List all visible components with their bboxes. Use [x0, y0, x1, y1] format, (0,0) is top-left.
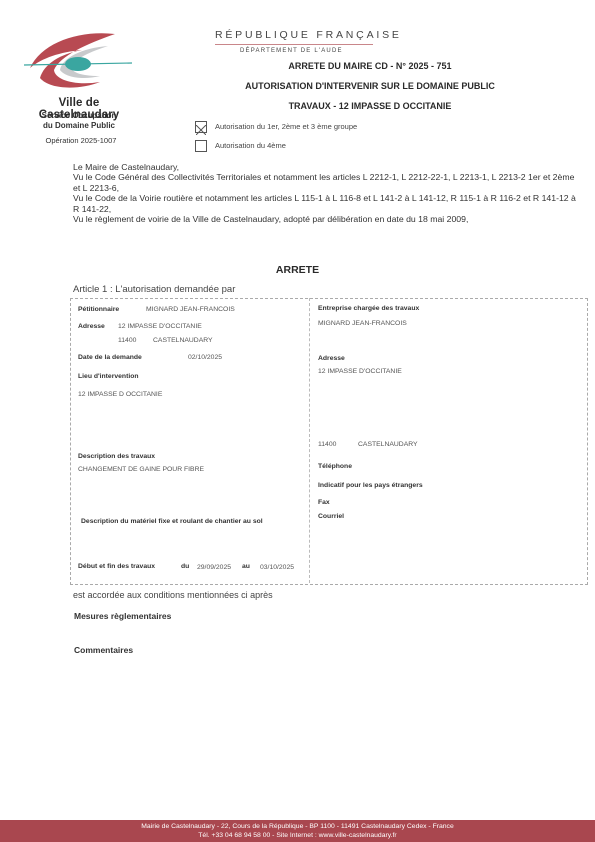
lieu-value: 12 IMPASSE D OCCITANIE [78, 391, 162, 398]
adresse-value-1: 12 IMPASSE D'OCCITANIE [118, 323, 202, 330]
checkbox-label-group-4: Autorisation du 4ème [215, 141, 286, 150]
commentaires-heading: Commentaires [74, 645, 133, 655]
entreprise-ville: CASTELNAUDARY [358, 441, 418, 448]
city-logo [20, 28, 135, 93]
footer-contact: Tél. +33 04 68 94 58 00 - Site Internet … [0, 832, 595, 839]
article-1: Article 1 : L'autorisation demandée par [73, 284, 235, 295]
checkbox-groups-1-3[interactable] [195, 121, 207, 133]
works-title: TRAVAUX - 12 IMPASSE D OCCITANIE [180, 101, 560, 111]
entreprise-value: MIGNARD JEAN-FRANCOIS [318, 320, 407, 327]
departement: DÉPARTEMENT DE L'AUDE [240, 48, 343, 54]
checkbox-group-4[interactable] [195, 140, 207, 152]
header-divider [215, 44, 373, 45]
preamble-line: Le Maire de Castelnaudary, [73, 162, 583, 172]
petitionnaire-label: Pétitionnaire [78, 306, 119, 313]
du-label: du [181, 563, 189, 570]
fax-label: Fax [318, 499, 330, 506]
service-line-2: du Domaine Public [20, 121, 138, 130]
entreprise-adresse-value: 12 IMPASSE D'OCCITANIE [318, 368, 402, 375]
decree-title: ARRETE DU MAIRE CD - N° 2025 - 751 [180, 61, 560, 71]
description-value: CHANGEMENT DE GAINE POUR FIBRE [78, 466, 204, 473]
republique-francaise: RÉPUBLIQUE FRANÇAISE [215, 29, 402, 41]
date-debut: 29/09/2025 [197, 564, 231, 571]
preamble: Le Maire de Castelnaudary, Vu le Code Gé… [73, 162, 583, 224]
entreprise-cp: 11400 [318, 441, 336, 448]
decree-subtitle: AUTORISATION D'INTERVENIR SUR LE DOMAINE… [180, 81, 560, 91]
telephone-label: Téléphone [318, 463, 352, 470]
preamble-line: Vu le Code de la Voirie routière et nota… [73, 193, 583, 214]
entreprise-adresse-label: Adresse [318, 355, 345, 362]
checkbox-label-groups-1-3: Autorisation du 1er, 2ème et 3 ème group… [215, 122, 357, 131]
periode-label: Début et fin des travaux [78, 563, 155, 570]
preamble-line: Vu le règlement de voirie de la Ville de… [73, 214, 583, 224]
date-demande-value: 02/10/2025 [188, 354, 222, 361]
entreprise-label: Entreprise chargée des travaux [318, 305, 419, 312]
petitionnaire-value: MIGNARD JEAN-FRANCOIS [146, 306, 235, 313]
adresse-cp: 11400 [118, 337, 136, 344]
operation-number: Opération 2025-1007 [22, 136, 140, 145]
au-label: au [242, 563, 250, 570]
adresse-ville: CASTELNAUDARY [153, 337, 213, 344]
conditions-text: est accordée aux conditions mentionnées … [73, 590, 273, 600]
lieu-label: Lieu d'intervention [78, 373, 139, 380]
indicatif-label: Indicatif pour les pays étrangers [318, 482, 423, 489]
adresse-label: Adresse [78, 323, 105, 330]
materiel-label: Description du matériel fixe et roulant … [81, 518, 263, 525]
footer-band: Mairie de Castelnaudary - 22, Cours de l… [0, 820, 595, 842]
mesures-heading: Mesures règlementaires [74, 611, 171, 621]
description-label: Description des travaux [78, 453, 155, 460]
footer-address: Mairie de Castelnaudary - 22, Cours de l… [0, 823, 595, 830]
date-demande-label: Date de la demande [78, 354, 142, 361]
preamble-line: Vu le Code Général des Collectivités Ter… [73, 172, 583, 193]
check-x-icon [196, 125, 206, 135]
date-fin: 03/10/2025 [260, 564, 294, 571]
courriel-label: Courriel [318, 513, 344, 520]
service-line-1: Service Occupation [20, 111, 138, 120]
box-divider [309, 298, 310, 583]
arrete-heading: ARRETE [0, 264, 595, 276]
